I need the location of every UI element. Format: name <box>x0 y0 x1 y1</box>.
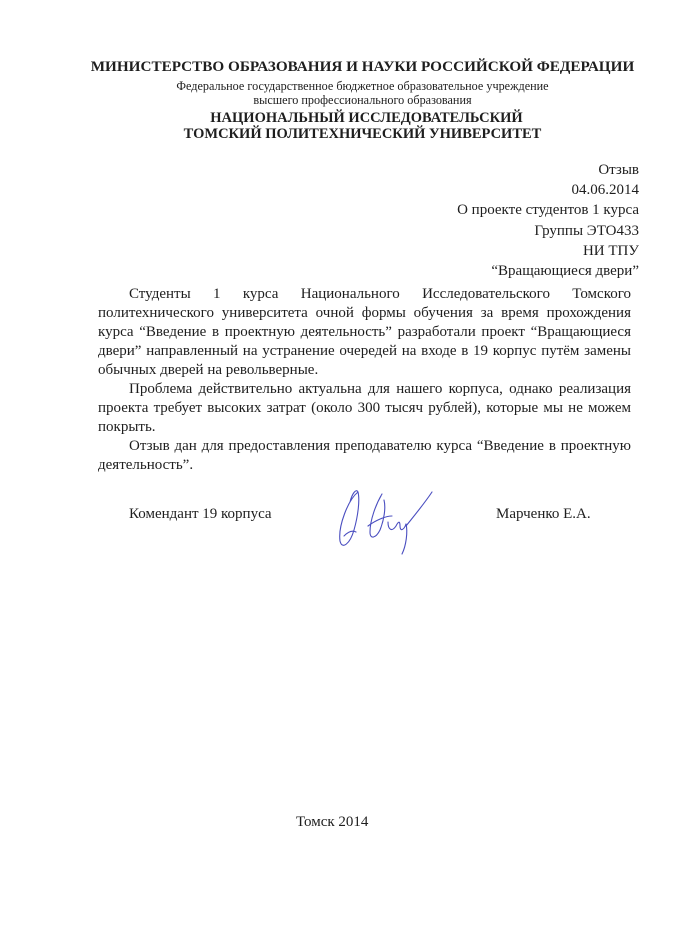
doc-date: 04.06.2014 <box>457 180 639 200</box>
paragraph: Отзыв дан для предоставления преподавате… <box>98 437 631 475</box>
doc-project: “Вращающиеся двери” <box>457 261 639 281</box>
doc-org: НИ ТПУ <box>457 241 639 261</box>
document-meta-block: Отзыв 04.06.2014 О проекте студентов 1 к… <box>457 160 639 281</box>
university-name-line1: НАЦИОНАЛЬНЫЙ ИССЛЕДОВАТЕЛЬСКИЙ <box>0 110 673 127</box>
paragraph: Проблема действительно актуальна для наш… <box>98 380 631 437</box>
paragraph: Студенты 1 курса Национального Исследова… <box>98 285 631 380</box>
ministry-heading: МИНИСТЕРСТВО ОБРАЗОВАНИЯ И НАУКИ РОССИЙС… <box>0 58 673 76</box>
doc-subject: О проекте студентов 1 курса <box>457 200 639 220</box>
doc-type: Отзыв <box>457 160 639 180</box>
footer-place-year: Томск 2014 <box>296 814 368 831</box>
signature-icon <box>330 486 440 556</box>
doc-group: Группы ЭТО433 <box>457 221 639 241</box>
signatory-role: Комендант 19 корпуса <box>129 506 272 523</box>
signatory-name: Марченко Е.А. <box>496 506 591 523</box>
institution-type-line1: Федеральное государственное бюджетное об… <box>0 79 673 94</box>
institution-type-line2: высшего профессионального образования <box>0 93 673 108</box>
review-body: Студенты 1 курса Национального Исследова… <box>98 285 631 475</box>
university-name-line2: ТОМСКИЙ ПОЛИТЕХНИЧЕСКИЙ УНИВЕРСИТЕТ <box>0 126 673 143</box>
